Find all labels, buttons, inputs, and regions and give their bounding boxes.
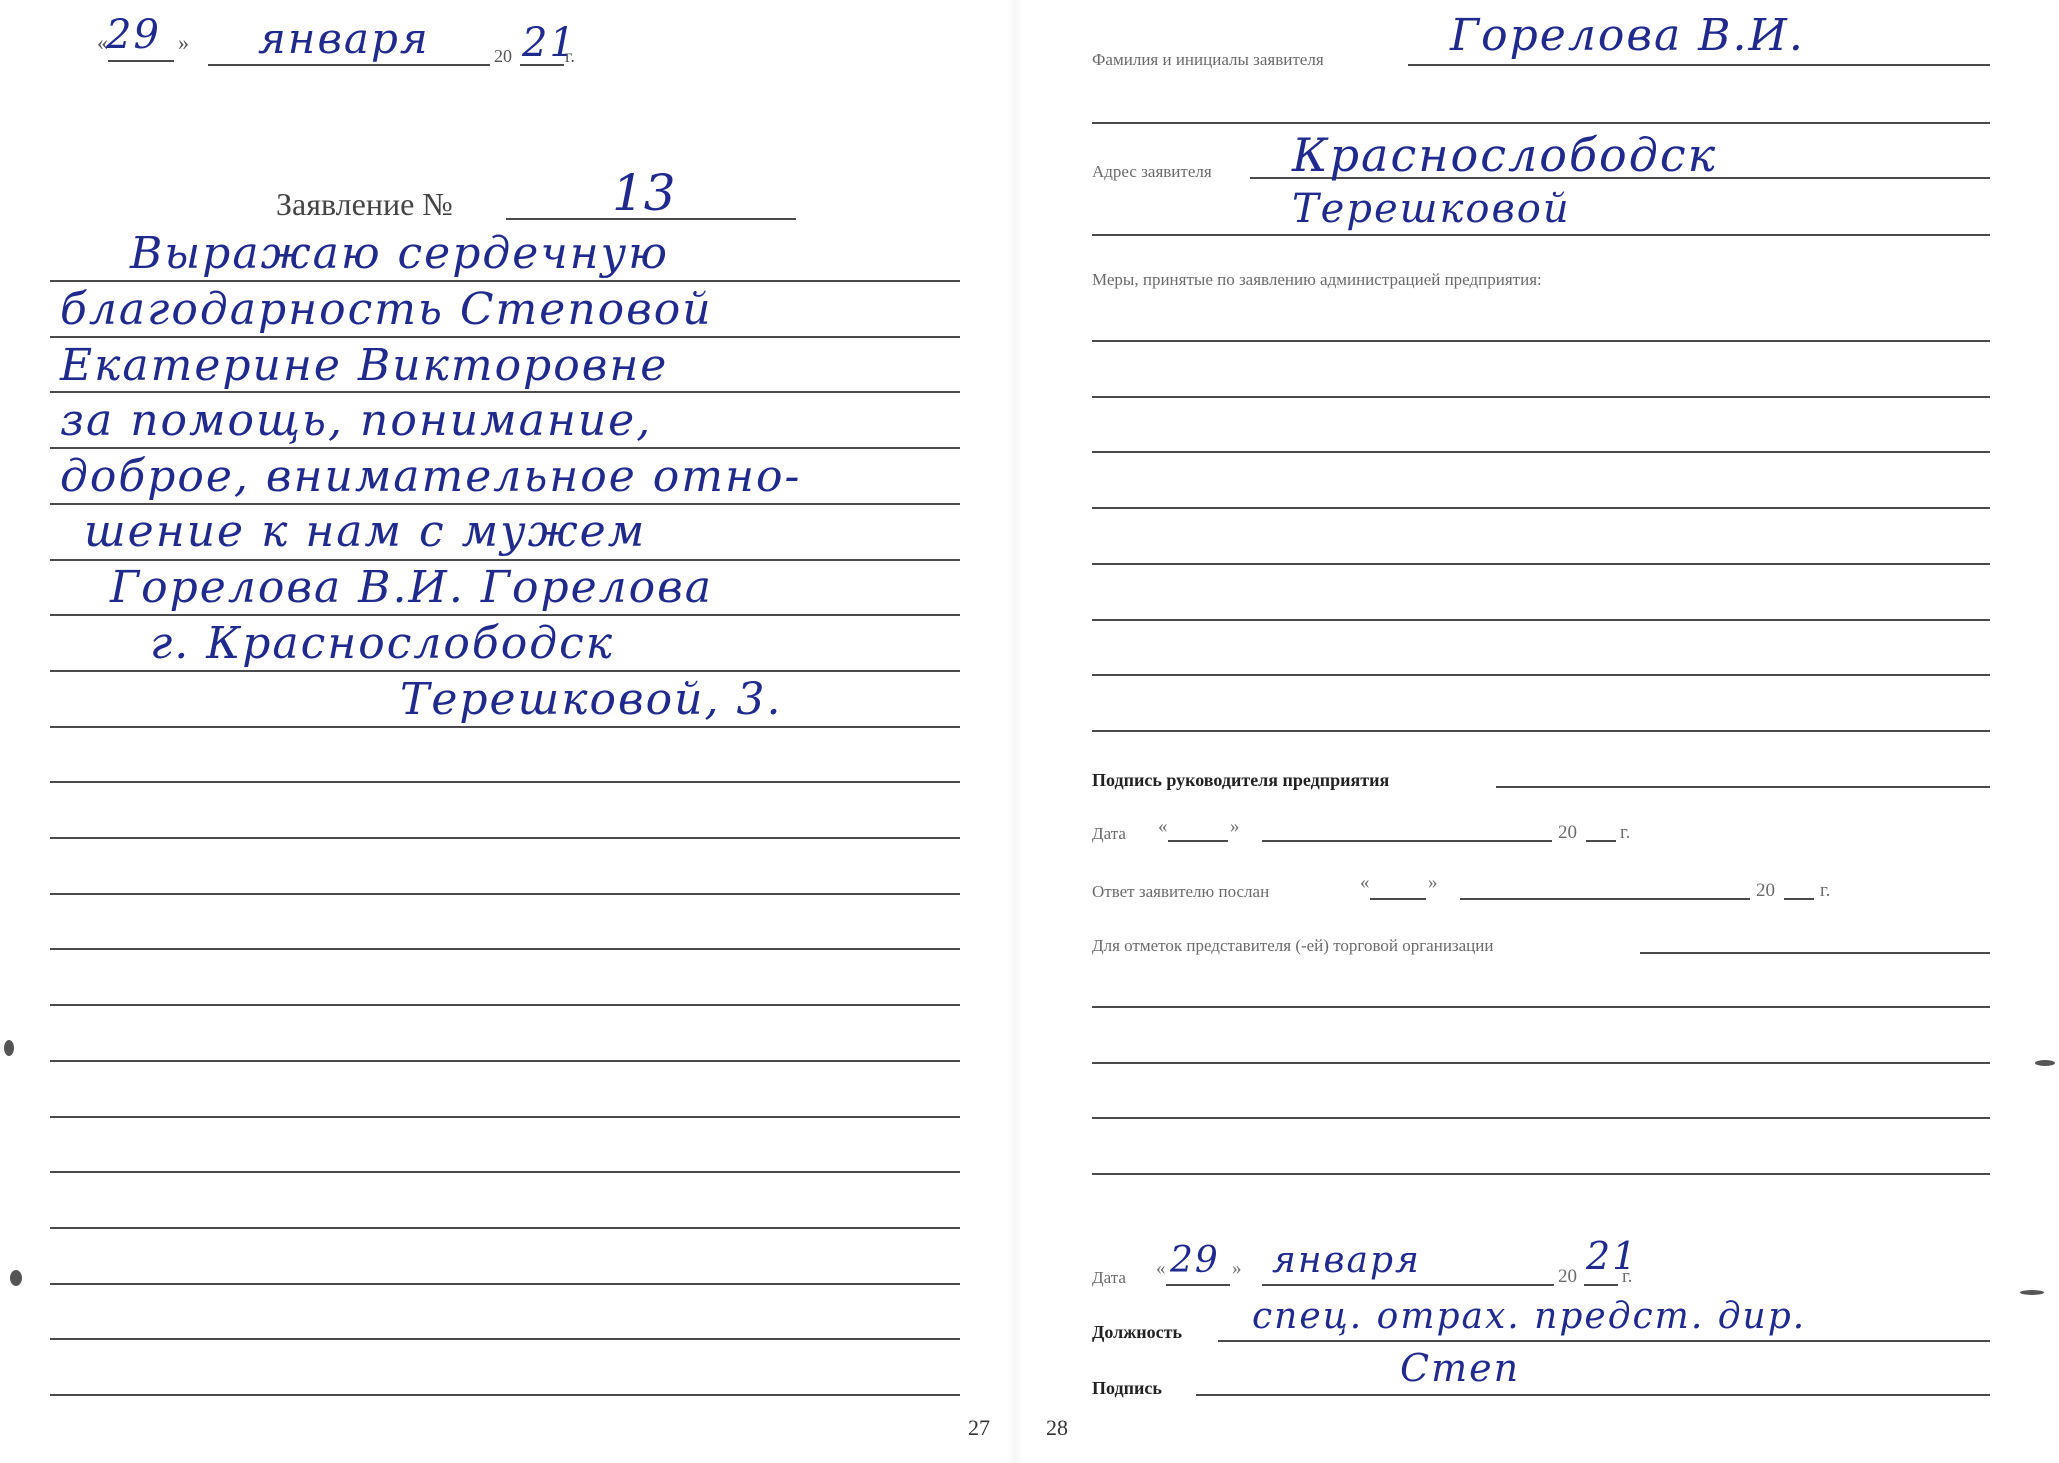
final-date-month-rule: [1262, 1284, 1554, 1286]
trade-org-label: Для отметок представителя (-ей) торговой…: [1092, 936, 1493, 956]
date-year-unit: г.: [565, 46, 575, 67]
reply-day-field[interactable]: [1370, 898, 1426, 900]
date-year-field[interactable]: [1586, 840, 1616, 842]
ruled-line[interactable]: [1092, 1006, 1990, 1008]
final-date-close-quote: »: [1232, 1258, 1242, 1280]
applicant-address-label: Адрес заявителя: [1092, 162, 1212, 182]
signature-value: Степ: [1400, 1346, 1520, 1390]
statement-body-line: г. Краснослободск: [150, 618, 614, 669]
final-date-open-quote: «: [1156, 1258, 1166, 1280]
ruled-line[interactable]: [1092, 1173, 1990, 1175]
final-date-year-unit: г.: [1622, 1266, 1632, 1288]
statement-number-rule: [506, 218, 796, 220]
book-gutter: [1005, 0, 1025, 1463]
ruled-line[interactable]: [50, 503, 960, 505]
left-page: « 29 » января 20 21 г. Заявление № 13 Вы…: [0, 0, 1000, 1463]
final-date-day: 29: [1170, 1240, 1220, 1281]
reply-month-field[interactable]: [1460, 898, 1750, 900]
applicant-address-line-2: Терешковой: [1292, 186, 1571, 232]
manager-signature-field[interactable]: [1496, 786, 1990, 788]
statement-body-line: шение к нам с мужем: [84, 506, 646, 557]
ruled-line[interactable]: [1092, 619, 1990, 621]
trade-org-field[interactable]: [1640, 952, 1990, 954]
applicant-name-rule: [1408, 64, 1990, 66]
position-value: спец. отрах. предст. дир.: [1252, 1296, 1806, 1337]
scan-speck: [10, 1270, 22, 1286]
position-rule: [1218, 1340, 1990, 1342]
signature-rule: [1196, 1394, 1990, 1396]
ruled-line[interactable]: [1092, 1117, 1990, 1119]
applicant-address-rule-2: [1092, 234, 1990, 236]
applicant-address-line-1: Краснослободск: [1292, 128, 1717, 182]
measures-label: Меры, принятые по заявлению администраци…: [1092, 270, 1542, 290]
statement-body-line: благодарность Степовой: [60, 284, 713, 335]
reply-year-prefix: 20: [1756, 880, 1775, 902]
reply-open-quote: «: [1360, 872, 1370, 894]
ruled-line[interactable]: [1092, 396, 1990, 398]
date-year-unit: г.: [1620, 822, 1630, 844]
ruled-line[interactable]: [50, 1060, 960, 1062]
final-date-year-rule: [1584, 1284, 1618, 1286]
final-date-label: Дата: [1092, 1268, 1126, 1288]
ruled-line[interactable]: [50, 670, 960, 672]
date-label: Дата: [1092, 824, 1126, 844]
final-date-day-rule: [1166, 1284, 1230, 1286]
page-number-left: 27: [968, 1415, 990, 1441]
ruled-line[interactable]: [1092, 340, 1990, 342]
date-year-rule: [520, 64, 564, 66]
ruled-line[interactable]: [50, 614, 960, 616]
statement-number: 13: [612, 164, 676, 222]
date-year-prefix: 20: [1558, 822, 1577, 844]
ruled-line[interactable]: [50, 726, 960, 728]
position-label: Должность: [1092, 1322, 1182, 1343]
date-year-prefix: 20: [494, 46, 512, 67]
date-day-field[interactable]: [1168, 840, 1228, 842]
ruled-line[interactable]: [50, 1227, 960, 1229]
ruled-line[interactable]: [50, 391, 960, 393]
ruled-line[interactable]: [50, 893, 960, 895]
ruled-line[interactable]: [50, 837, 960, 839]
date-month-field[interactable]: [1262, 840, 1552, 842]
ruled-line[interactable]: [50, 948, 960, 950]
scan-speck: [4, 1040, 14, 1056]
date-close-quote: »: [178, 30, 189, 56]
ruled-line[interactable]: [50, 1116, 960, 1118]
date-month-rule: [208, 64, 490, 66]
ruled-line[interactable]: [50, 1004, 960, 1006]
ruled-line[interactable]: [50, 559, 960, 561]
ruled-line[interactable]: [50, 447, 960, 449]
scan-speck: [2020, 1290, 2044, 1295]
ruled-line[interactable]: [50, 1283, 960, 1285]
ruled-line[interactable]: [50, 781, 960, 783]
ruled-line[interactable]: [1092, 730, 1990, 732]
reply-year-field[interactable]: [1784, 898, 1814, 900]
date-day-rule: [108, 60, 174, 62]
reply-sent-label: Ответ заявителю послан: [1092, 882, 1269, 902]
statement-body-line: Екатерине Викторовне: [60, 340, 668, 391]
ruled-line[interactable]: [50, 280, 960, 282]
reply-close-quote: »: [1428, 872, 1438, 894]
ruled-line[interactable]: [1092, 563, 1990, 565]
statement-body-line: доброе, внимательное отно-: [60, 451, 801, 502]
statement-body-line: Терешковой, 3.: [400, 674, 782, 725]
manager-signature-label: Подпись руководителя предприятия: [1092, 770, 1389, 791]
page-number-right: 28: [1046, 1415, 1068, 1441]
final-date-year-prefix: 20: [1558, 1266, 1577, 1288]
ruled-line[interactable]: [50, 336, 960, 338]
ruled-line[interactable]: [1092, 451, 1990, 453]
ruled-line[interactable]: [50, 1394, 960, 1396]
ruled-line[interactable]: [50, 1338, 960, 1340]
date-open-quote: «: [1158, 816, 1168, 838]
ruled-line[interactable]: [1092, 1062, 1990, 1064]
applicant-name-rule-2: [1092, 122, 1990, 124]
ruled-line[interactable]: [1092, 674, 1990, 676]
right-page: Фамилия и инициалы заявителя Горелова В.…: [1030, 0, 2059, 1463]
signature-label: Подпись: [1092, 1378, 1162, 1399]
scan-speck: [2035, 1060, 2055, 1066]
statement-body-line: за помощь, понимание,: [60, 395, 652, 446]
ruled-line[interactable]: [50, 1171, 960, 1173]
final-date-month: января: [1272, 1240, 1421, 1281]
statement-body-line: Выражаю сердечную: [130, 228, 669, 279]
ruled-line[interactable]: [1092, 507, 1990, 509]
applicant-name-label: Фамилия и инициалы заявителя: [1092, 50, 1324, 70]
date-day: 29: [106, 12, 161, 58]
statement-label: Заявление №: [276, 186, 453, 223]
statement-body-line: Горелова В.И. Горелова: [110, 562, 713, 613]
date-close-quote: »: [1230, 816, 1240, 838]
reply-year-unit: г.: [1820, 880, 1830, 902]
date-month: января: [258, 14, 430, 63]
applicant-name-value: Горелова В.И.: [1450, 10, 1805, 61]
